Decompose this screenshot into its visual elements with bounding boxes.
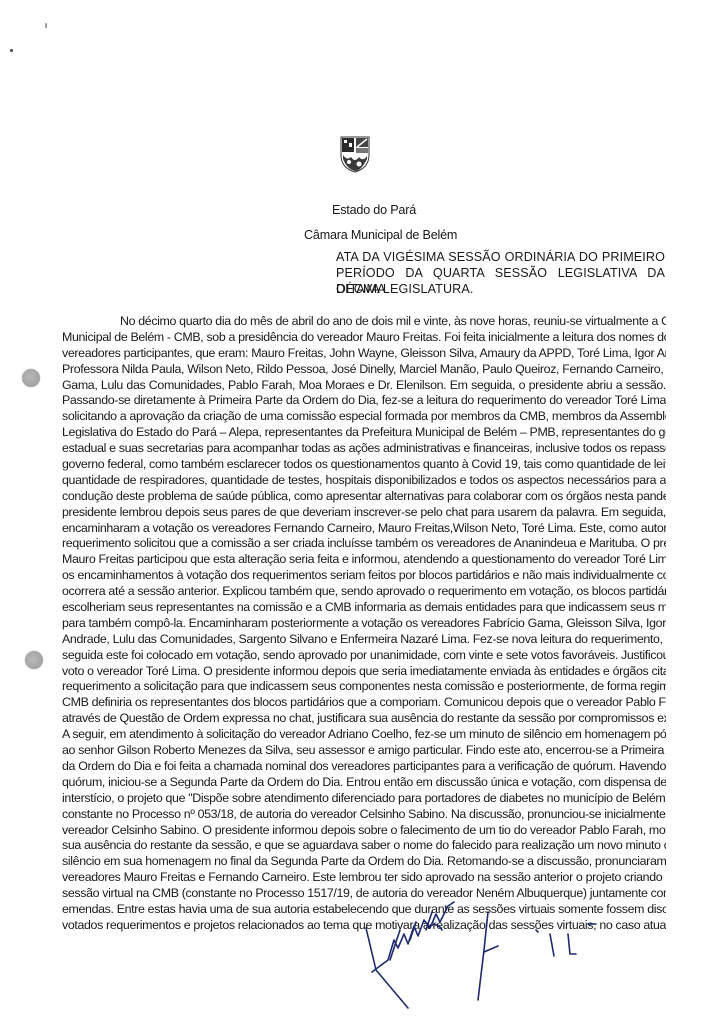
state-heading: Estado do Pará: [332, 203, 416, 217]
body-line: Andrade, Lulu das Comunidades, Sargento …: [62, 632, 666, 648]
coat-of-arms-icon: [339, 135, 371, 173]
body-line: Legislativa do Estado do Pará – Alepa, r…: [62, 425, 666, 441]
body-line: Mauro Freitas participou que esta altera…: [62, 552, 666, 568]
body-line: quórum, iniciou-se a Segunda Parte da Or…: [62, 775, 666, 791]
body-line: A seguir, em atendimento à solicitação d…: [62, 727, 666, 743]
body-line: Gama, Lulu das Comunidades, Pablo Farah,…: [62, 378, 666, 394]
body-line: voto o vereador Toré Lima. O presidente …: [62, 664, 666, 680]
body-line: Passando-se diretamente à Primeira Parte…: [62, 393, 666, 409]
document-page: Estado do Pará Câmara Municipal de Belém…: [0, 0, 725, 1024]
body-line: da Ordem do Dia e foi feita a chamada no…: [62, 759, 666, 775]
title-line: PERÍODO DA QUARTA SESSÃO LEGISLATIVA DA …: [336, 265, 665, 281]
body-line: quantidade de respiradores, quantidade d…: [62, 473, 666, 489]
body-line: estadual e suas secretarias para acompan…: [62, 441, 666, 457]
body-line: ocorrera até a sessão anterior. Explicou…: [62, 584, 666, 600]
body-line: No décimo quarto dia do mês de abril do …: [62, 314, 666, 330]
punch-hole-icon: [25, 651, 43, 669]
minutes-body: No décimo quarto dia do mês de abril do …: [62, 314, 666, 950]
body-line: os encaminhamentos à votação dos requeri…: [62, 568, 666, 584]
punch-hole-icon: [22, 369, 40, 387]
title-line: OITAVA LEGISLATURA.: [336, 281, 665, 297]
body-line: interstício, o projeto que "Dispõe sobre…: [62, 791, 666, 807]
body-line: sua ausência do restante da sessão, e qu…: [62, 838, 666, 854]
body-line: governo federal, como também esclarecer …: [62, 457, 666, 473]
body-line: presidente lembrou depois seus pares de …: [62, 505, 666, 521]
body-line: condução deste problema de saúde pública…: [62, 489, 666, 505]
signature-initials-icon: [360, 900, 600, 1024]
body-line: para também compô-la. Encaminharam poste…: [62, 616, 666, 632]
minutes-title: ATA DA VIGÉSIMA SESSÃO ORDINÁRIA DO PRIM…: [336, 249, 665, 297]
body-line: CMB definiria os representantes dos bloc…: [62, 695, 666, 711]
body-line: requerimento a solicitação para que indi…: [62, 679, 666, 695]
body-line: vereadores Mauro Freitas e Fernando Carn…: [62, 870, 666, 886]
body-line: ao senhor Gilson Roberto Menezes da Silv…: [62, 743, 666, 759]
scan-speck: [10, 49, 13, 52]
body-line: constante no Processo nº 053/18, de auto…: [62, 807, 666, 823]
body-line: seguida este foi colocado em votação, se…: [62, 648, 666, 664]
body-line: através de Questão de Ordem expressa no …: [62, 711, 666, 727]
body-line: silêncio em sua homenagem no final da Se…: [62, 854, 666, 870]
body-line: requerimento solicitou que a comissão a …: [62, 536, 666, 552]
chamber-heading: Câmara Municipal de Belém: [304, 228, 457, 242]
body-line: vereador Celsinho Sabino. O presidente i…: [62, 823, 666, 839]
body-line: encaminharam a votação os vereadores Fer…: [62, 521, 666, 537]
body-line: solicitando a aprovação da criação de um…: [62, 409, 666, 425]
body-line: Municipal de Belém - CMB, sob a presidên…: [62, 330, 666, 346]
body-line: Professora Nilda Paula, Wilson Neto, Ril…: [62, 362, 666, 378]
title-line: ATA DA VIGÉSIMA SESSÃO ORDINÁRIA DO PRIM…: [336, 249, 665, 265]
scan-speck: [45, 23, 47, 28]
body-line: vereadores participantes, que eram: Maur…: [62, 346, 666, 362]
body-line: escolheriam seus representantes na comis…: [62, 600, 666, 616]
